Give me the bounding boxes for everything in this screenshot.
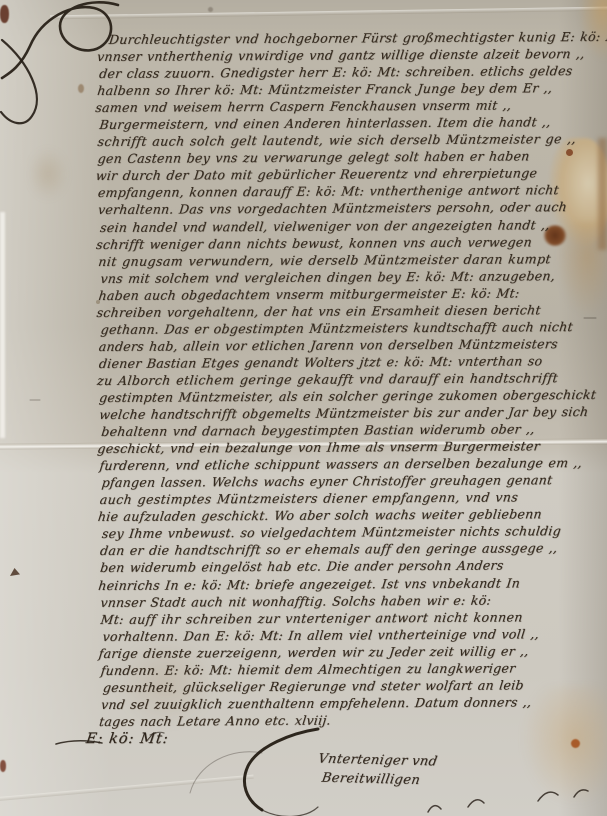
manuscript-line: tages nach Letare Anno etc. xlviij.	[98, 710, 594, 730]
ink-speck	[208, 7, 213, 12]
letter-body: Durchleuchtigster vnd hochgeborner Fürst…	[97, 28, 595, 730]
manuscript-photo: Durchleuchtigster vnd hochgeborner Fürst…	[0, 0, 607, 816]
stain-right-edge	[598, 138, 607, 250]
cutoff-stroke	[468, 800, 484, 807]
fold-crease-bottom	[0, 775, 254, 802]
cutoff-stroke	[428, 806, 441, 812]
cutoff-stroke	[574, 790, 588, 797]
closing-paraph-faint	[190, 752, 262, 793]
closing-paraph	[262, 807, 318, 816]
opening-flourish-icon	[1, 40, 37, 123]
ink-speck	[78, 84, 84, 93]
closing-paraph	[244, 729, 318, 810]
closing-line: Bereitwilligen	[316, 769, 438, 791]
paper-edge-highlight	[0, 212, 5, 438]
royal-abbreviation: E: kö: Mt:	[85, 731, 170, 747]
cutoff-stroke	[538, 792, 558, 801]
water-stain-left	[28, 148, 68, 200]
stain-dot-bottom	[571, 739, 580, 748]
closing-block: Vnterteniger vndBereitwilligen	[318, 750, 438, 791]
tear-mark-left	[10, 568, 20, 576]
sealing-wax-mark-bottom-left	[0, 760, 6, 772]
sealing-wax-mark-top-left	[0, 5, 9, 23]
fold-crease-top	[50, 7, 607, 20]
